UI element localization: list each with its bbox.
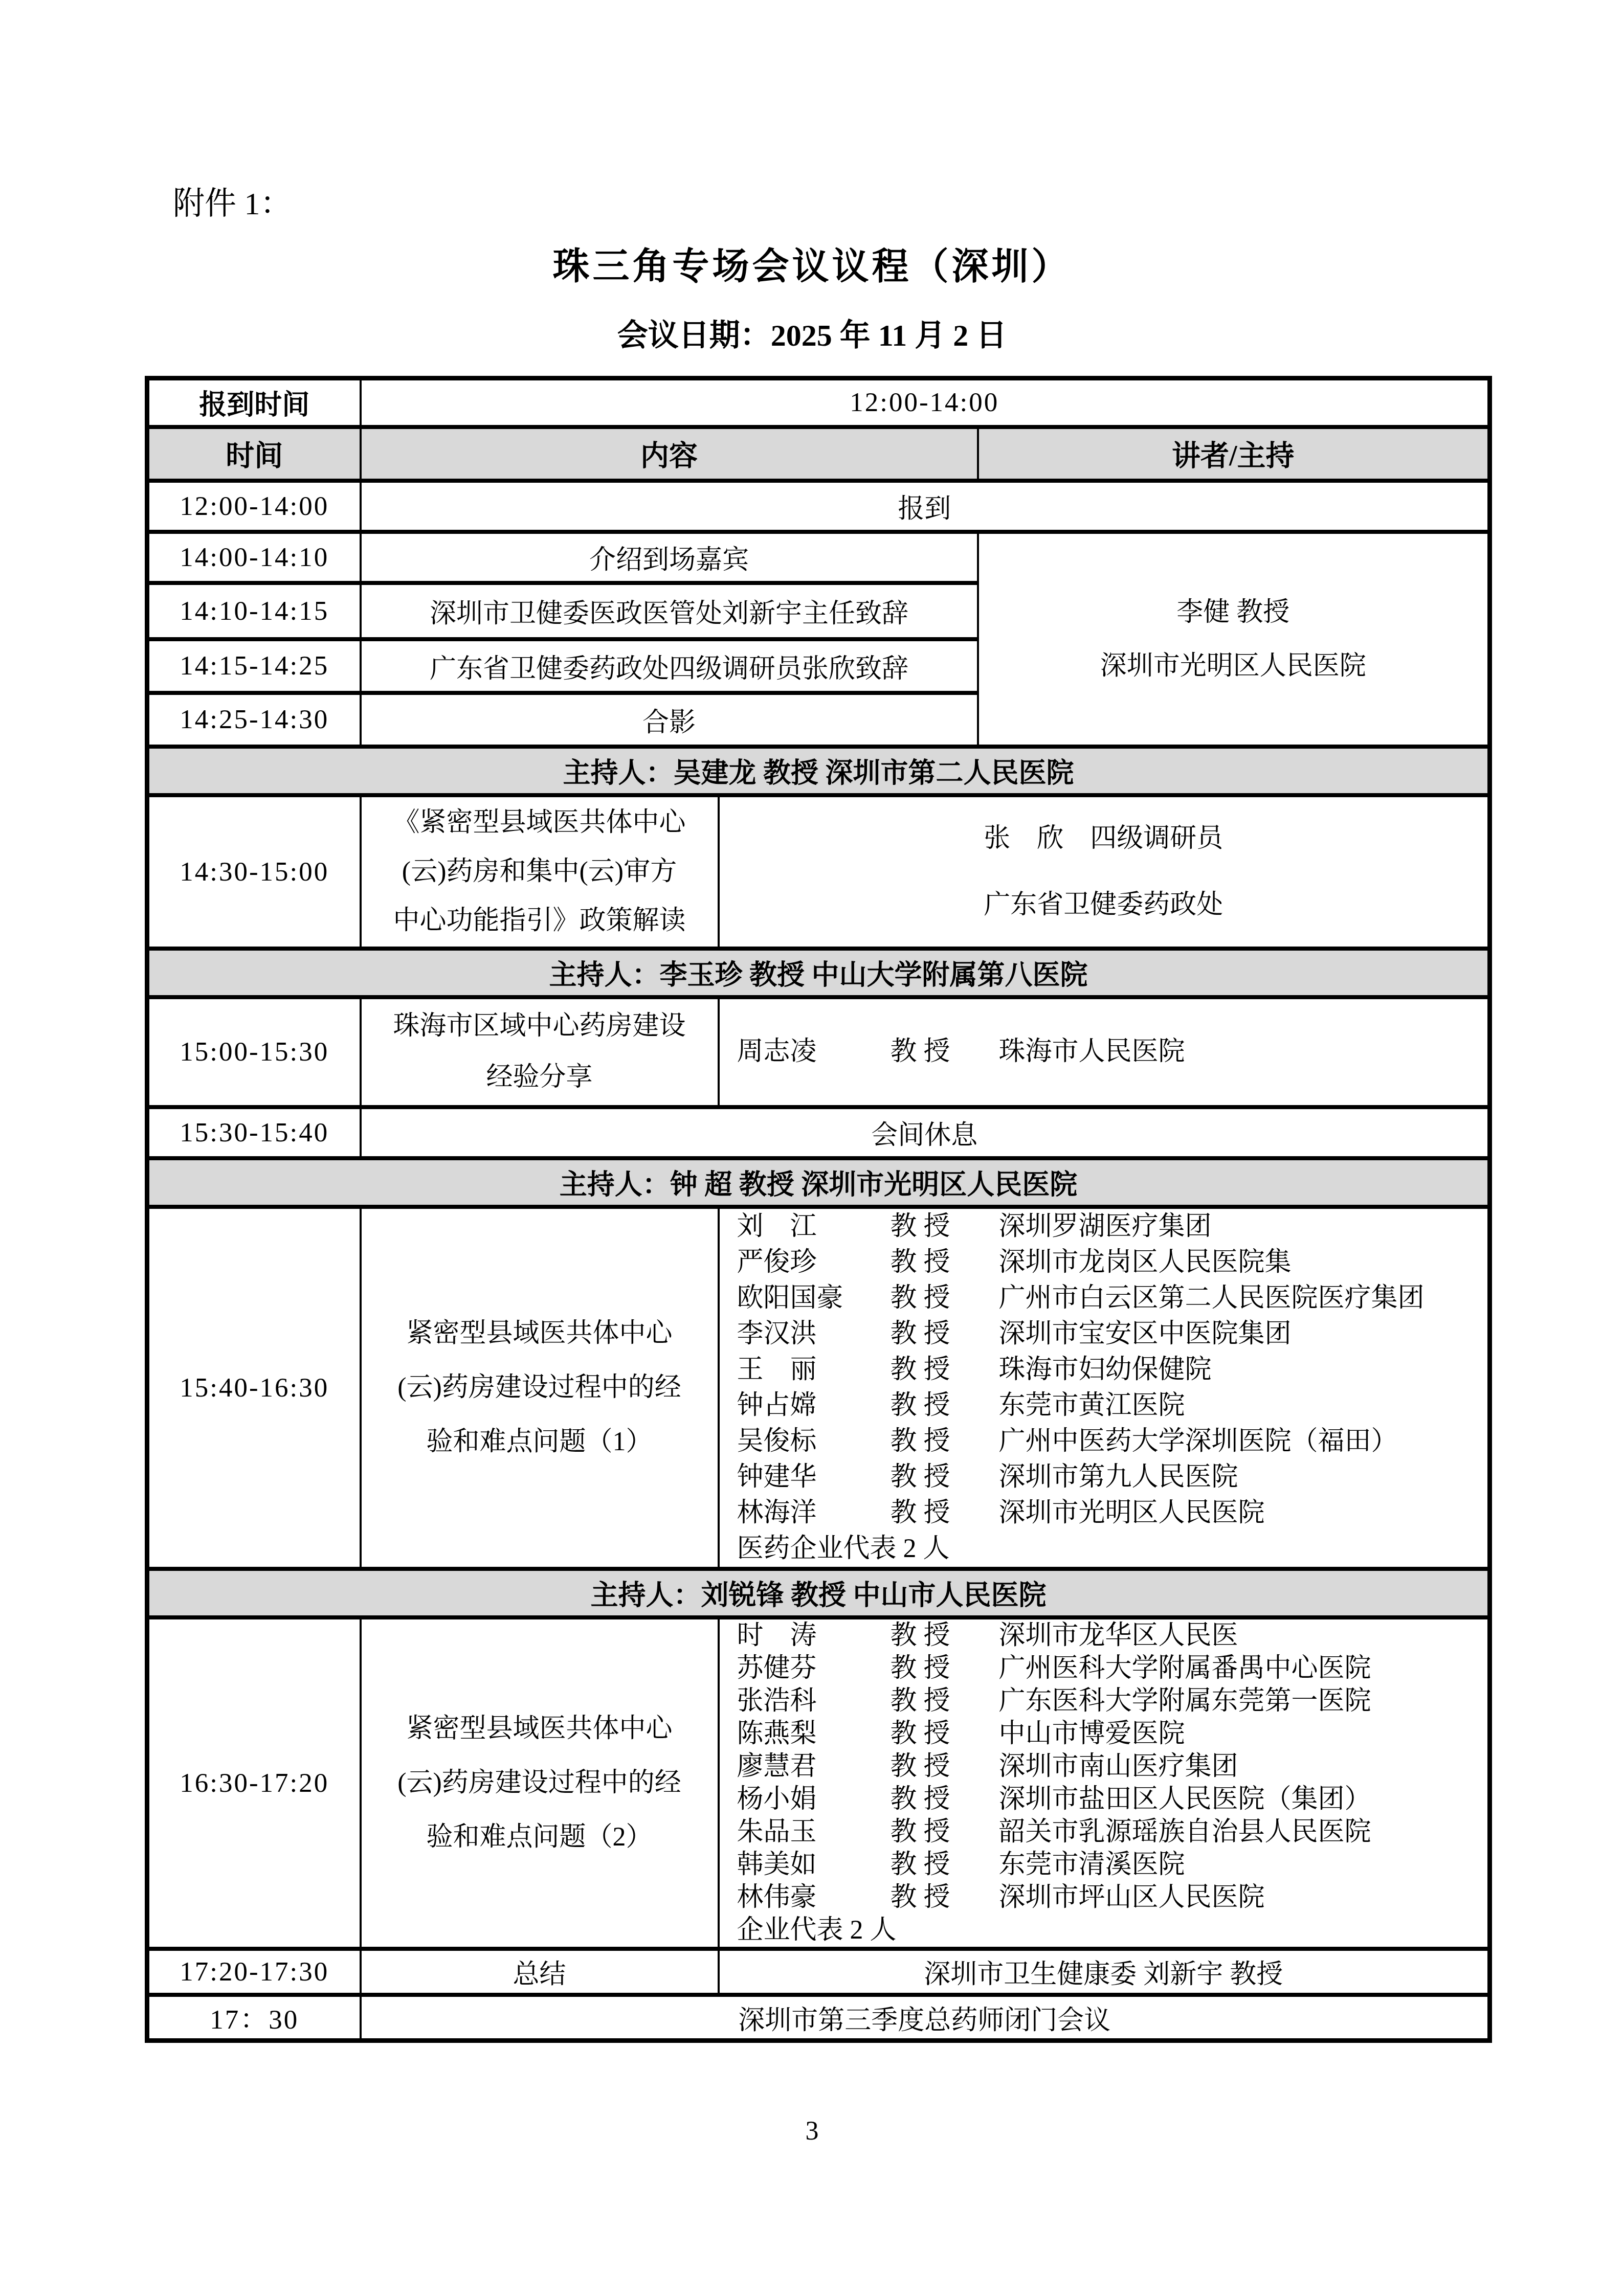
speaker-line: 欧阳国豪 教 授 广州市白云区第二人民医院医疗集团	[720, 1280, 1488, 1316]
speaker-name: 廖慧君	[737, 1750, 891, 1783]
row-session1: 15:40-16:30 紧密型县域医共体中心(云)药房建设过程中的经验和难点问题…	[147, 1207, 1490, 1569]
speaker-name: 李汉洪	[737, 1316, 891, 1352]
time-cell: 14:00-14:10	[147, 532, 361, 583]
speaker-title: 教 授	[891, 1750, 999, 1783]
content-cell: 紧密型县域医共体中心(云)药房建设过程中的经验和难点问题（2）	[361, 1617, 719, 1949]
row-closed-meeting: 17：30 深圳市第三季度总药师闭门会议	[147, 1995, 1490, 2041]
time-cell: 15:40-16:30	[147, 1207, 361, 1569]
row-session2: 16:30-17:20 紧密型县域医共体中心(云)药房建设过程中的经验和难点问题…	[147, 1617, 1490, 1949]
speaker-org: 广州中医药大学深圳医院（福田）	[999, 1424, 1488, 1459]
chair-row-4: 主持人：刘锐锋 教授 中山市人民医院	[147, 1569, 1490, 1617]
speaker-title	[897, 1914, 1005, 1947]
speaker-name: 欧阳国豪	[737, 1280, 891, 1316]
speaker-line: 杨小娟 教 授 深圳市盐田区人民医院（集团）	[720, 1783, 1488, 1816]
speaker-title: 教 授	[891, 1352, 999, 1388]
speaker-line: 廖慧君 教 授 深圳市南山医疗集团	[720, 1750, 1488, 1783]
speaker-org: 珠海市人民医院	[999, 1037, 1488, 1067]
speaker-line: 陈燕梨 教 授 中山市博爱医院	[720, 1718, 1488, 1750]
speaker-name: 企业代表 2 人	[737, 1914, 897, 1947]
speaker-org: 东莞市清溪医院	[999, 1849, 1488, 1881]
speaker-org: 珠海市妇幼保健院	[999, 1352, 1488, 1388]
speaker-line: 苏健芬 教 授 广州医科大学附属番禺中心医院	[720, 1652, 1488, 1685]
time-cell: 12:00-14:00	[147, 481, 361, 532]
chair-label: 主持人：吴建龙 教授 深圳市第二人民医院	[147, 747, 1490, 795]
time-cell: 17:20-17:30	[147, 1949, 361, 1995]
speaker-name: 林海洋	[737, 1495, 891, 1531]
speaker-org: 深圳罗湖医疗集团	[999, 1209, 1488, 1245]
content-line: 验和难点问题（2）	[362, 1810, 718, 1864]
content-line: 验和难点问题（1）	[362, 1415, 718, 1469]
content-cell: 合影	[361, 693, 978, 747]
content-line: 珠海市区域中心药房建设	[362, 1001, 718, 1052]
speaker-org: 深圳市光明区人民医院	[999, 1495, 1488, 1531]
speaker-name: 周志凌	[737, 1037, 891, 1067]
speaker-line: 医药企业代表 2 人	[720, 1531, 1488, 1567]
speaker-line: 吴俊标 教 授 广州中医药大学深圳医院（福田）	[720, 1424, 1488, 1459]
speaker-org: 东莞市黄江医院	[999, 1388, 1488, 1424]
speaker-title: 教 授	[891, 1619, 999, 1652]
speaker-name: 吴俊标	[737, 1424, 891, 1459]
content-cell: 《紧密型县域医共体中心(云)药房和集中(云)审方中心功能指引》政策解读	[361, 795, 719, 949]
speaker-line: 广东省卫健委药政处	[720, 872, 1488, 938]
header-time: 时间	[147, 427, 361, 481]
speaker-name: 刘 江	[737, 1209, 891, 1245]
chair-label: 主持人：李玉珍 教授 中山大学附属第八医院	[147, 949, 1490, 997]
speaker-org	[1058, 1531, 1488, 1567]
speaker-title: 教 授	[891, 1881, 999, 1914]
page-title: 珠三角专场会议议程（深圳）	[0, 236, 1624, 289]
content-line: 紧密型县域医共体中心	[362, 1702, 718, 1756]
speaker-name: 朱品玉	[737, 1816, 891, 1849]
speaker-org: 韶关市乳源瑶族自治县人民医院	[999, 1816, 1488, 1849]
speaker-name: 医药企业代表 2 人	[737, 1531, 950, 1567]
speaker-title: 教 授	[891, 1849, 999, 1881]
attachment-label: 附件 1：	[173, 178, 292, 223]
speaker-title: 教 授	[891, 1783, 999, 1816]
chair-label: 主持人：刘锐锋 教授 中山市人民医院	[147, 1569, 1490, 1617]
speaker-line: 李汉洪 教 授 深圳市宝安区中医院集团	[720, 1316, 1488, 1352]
speaker-line: 朱品玉 教 授 韶关市乳源瑶族自治县人民医院	[720, 1816, 1488, 1849]
speaker-line: 时 涛 教 授 深圳市龙华区人民医	[720, 1619, 1488, 1652]
content-line: 中心功能指引》政策解读	[362, 896, 718, 946]
speaker-line: 严俊珍 教 授 深圳市龙岗区人民医院集	[720, 1245, 1488, 1280]
speaker-name: 钟建华	[737, 1459, 891, 1495]
content-cell: 介绍到场嘉宾	[361, 532, 978, 583]
content-cell: 珠海市区域中心药房建设经验分享	[361, 997, 719, 1107]
registration-label: 报到时间	[147, 378, 361, 427]
speaker-org: 深圳市龙华区人民医	[999, 1619, 1488, 1652]
content-line: (云)药房和集中(云)审方	[362, 847, 718, 896]
content-cell: 总结	[361, 1949, 719, 1995]
speaker-list-cell: 刘 江 教 授 深圳罗湖医疗集团 严俊珍 教 授 深圳市龙岗区人民医院集 欧阳国…	[719, 1207, 1490, 1569]
opening-host-cell: 李健 教授深圳市光明区人民医院	[978, 532, 1490, 747]
speaker-line: 林伟豪 教 授 深圳市坪山区人民医院	[720, 1881, 1488, 1914]
speaker-title	[950, 1531, 1058, 1567]
row-checkin: 12:00-14:00 报到	[147, 481, 1490, 532]
speaker-org: 深圳市盐田区人民医院（集团）	[999, 1783, 1488, 1816]
speaker-org: 深圳市第九人民医院	[999, 1459, 1488, 1495]
content-line: 紧密型县域医共体中心	[362, 1307, 718, 1361]
speaker-org: 广东医科大学附属东莞第一医院	[999, 1685, 1488, 1718]
registration-time: 12:00-14:00	[361, 378, 1490, 427]
chair-label: 主持人：钟 超 教授 深圳市光明区人民医院	[147, 1158, 1490, 1207]
speaker-title: 教 授	[891, 1685, 999, 1718]
time-cell: 17：30	[147, 1995, 361, 2041]
speaker-title: 教 授	[891, 1316, 999, 1352]
speaker-list-cell: 时 涛 教 授 深圳市龙华区人民医 苏健芬 教 授 广州医科大学附属番禺中心医院…	[719, 1617, 1490, 1949]
content-cell: 深圳市第三季度总药师闭门会议	[361, 1995, 1490, 2041]
speaker-title: 教 授	[891, 1280, 999, 1316]
speaker-title: 教 授	[891, 1424, 999, 1459]
speaker-name: 韩美如	[737, 1849, 891, 1881]
row-summary: 17:20-17:30 总结 深圳市卫生健康委 刘新宇 教授	[147, 1949, 1490, 1995]
speaker-line: 钟建华 教 授 深圳市第九人民医院	[720, 1459, 1488, 1495]
row-zhuhai: 15:00-15:30 珠海市区域中心药房建设经验分享 周志凌 教 授 珠海市人…	[147, 997, 1490, 1107]
document-page: 附件 1： 珠三角专场会议议程（深圳） 会议日期：2025 年 11 月 2 日…	[0, 0, 1624, 2296]
content-cell: 深圳市卫健委医政医管处刘新宇主任致辞	[361, 583, 978, 639]
speaker-title: 教 授	[891, 1209, 999, 1245]
speaker-line: 周志凌 教 授 珠海市人民医院	[720, 1037, 1488, 1067]
speaker-title: 教 授	[891, 1037, 999, 1067]
speaker-line: 企业代表 2 人	[720, 1914, 1488, 1947]
speaker-line: 王 丽 教 授 珠海市妇幼保健院	[720, 1352, 1488, 1388]
speaker-name: 林伟豪	[737, 1881, 891, 1914]
speaker-title: 教 授	[891, 1459, 999, 1495]
content-cell: 报到	[361, 481, 1490, 532]
chair-row-3: 主持人：钟 超 教授 深圳市光明区人民医院	[147, 1158, 1490, 1207]
content-cell: 会间休息	[361, 1107, 1490, 1158]
row-intro: 14:00-14:10 介绍到场嘉宾 李健 教授深圳市光明区人民医院	[147, 532, 1490, 583]
speaker-name: 王 丽	[737, 1352, 891, 1388]
speaker-name: 张浩科	[737, 1685, 891, 1718]
registration-row: 报到时间 12:00-14:00	[147, 378, 1490, 427]
speaker-cell: 张 欣 四级调研员广东省卫健委药政处	[719, 795, 1490, 949]
speaker-name: 苏健芬	[737, 1652, 891, 1685]
time-cell: 16:30-17:20	[147, 1617, 361, 1949]
speaker-line: 钟占嫦 教 授 东莞市黄江医院	[720, 1388, 1488, 1424]
agenda-table: 报到时间 12:00-14:00 时间 内容 讲者/主持 12:00-14:00…	[145, 376, 1492, 2043]
speaker-line: 张浩科 教 授 广东医科大学附属东莞第一医院	[720, 1685, 1488, 1718]
speaker-name: 时 涛	[737, 1619, 891, 1652]
speaker-org: 深圳市龙岗区人民医院集	[999, 1245, 1488, 1280]
content-line: 《紧密型县域医共体中心	[362, 798, 718, 847]
time-cell: 14:25-14:30	[147, 693, 361, 747]
time-cell: 14:15-14:25	[147, 639, 361, 693]
content-line: (云)药房建设过程中的经	[362, 1361, 718, 1415]
speaker-title: 教 授	[891, 1388, 999, 1424]
speaker-org	[1005, 1914, 1488, 1947]
speaker-line: 韩美如 教 授 东莞市清溪医院	[720, 1849, 1488, 1881]
chair-row-2: 主持人：李玉珍 教授 中山大学附属第八医院	[147, 949, 1490, 997]
speaker-title: 教 授	[891, 1652, 999, 1685]
time-cell: 15:00-15:30	[147, 997, 361, 1107]
speaker-line: 张 欣 四级调研员	[720, 805, 1488, 872]
speaker-cell: 周志凌 教 授 珠海市人民医院	[719, 997, 1490, 1107]
speaker-org: 深圳市宝安区中医院集团	[999, 1316, 1488, 1352]
speaker-line: 林海洋 教 授 深圳市光明区人民医院	[720, 1495, 1488, 1531]
speaker-line: 刘 江 教 授 深圳罗湖医疗集团	[720, 1209, 1488, 1245]
speaker-title: 教 授	[891, 1495, 999, 1531]
content-cell: 紧密型县域医共体中心(云)药房建设过程中的经验和难点问题（1）	[361, 1207, 719, 1569]
speaker-org: 中山市博爱医院	[999, 1718, 1488, 1750]
header-row: 时间 内容 讲者/主持	[147, 427, 1490, 481]
chair-row-1: 主持人：吴建龙 教授 深圳市第二人民医院	[147, 747, 1490, 795]
header-speaker: 讲者/主持	[978, 427, 1490, 481]
speaker-title: 教 授	[891, 1816, 999, 1849]
time-cell: 14:10-14:15	[147, 583, 361, 639]
speaker-cell: 深圳市卫生健康委 刘新宇 教授	[719, 1949, 1490, 1995]
speaker-title: 教 授	[891, 1245, 999, 1280]
speaker-name: 钟占嫦	[737, 1388, 891, 1424]
host-line: 李健 教授	[979, 586, 1488, 639]
speaker-name: 杨小娟	[737, 1783, 891, 1816]
speaker-title: 教 授	[891, 1718, 999, 1750]
content-line: 经验分享	[362, 1052, 718, 1103]
row-break: 15:30-15:40 会间休息	[147, 1107, 1490, 1158]
content-cell: 广东省卫健委药政处四级调研员张欣致辞	[361, 639, 978, 693]
speaker-org: 深圳市坪山区人民医院	[999, 1881, 1488, 1914]
speaker-org: 深圳市南山医疗集团	[999, 1750, 1488, 1783]
speaker-org: 广州市白云区第二人民医院医疗集团	[999, 1280, 1488, 1316]
page-number: 3	[0, 2116, 1624, 2146]
header-content: 内容	[361, 427, 978, 481]
row-policy: 14:30-15:00 《紧密型县域医共体中心(云)药房和集中(云)审方中心功能…	[147, 795, 1490, 949]
time-cell: 14:30-15:00	[147, 795, 361, 949]
meeting-date: 会议日期：2025 年 11 月 2 日	[0, 311, 1624, 355]
host-line: 深圳市光明区人民医院	[979, 639, 1488, 693]
content-line: (云)药房建设过程中的经	[362, 1756, 718, 1810]
speaker-name: 陈燕梨	[737, 1718, 891, 1750]
speaker-name: 严俊珍	[737, 1245, 891, 1280]
speaker-org: 广州医科大学附属番禺中心医院	[999, 1652, 1488, 1685]
time-cell: 15:30-15:40	[147, 1107, 361, 1158]
